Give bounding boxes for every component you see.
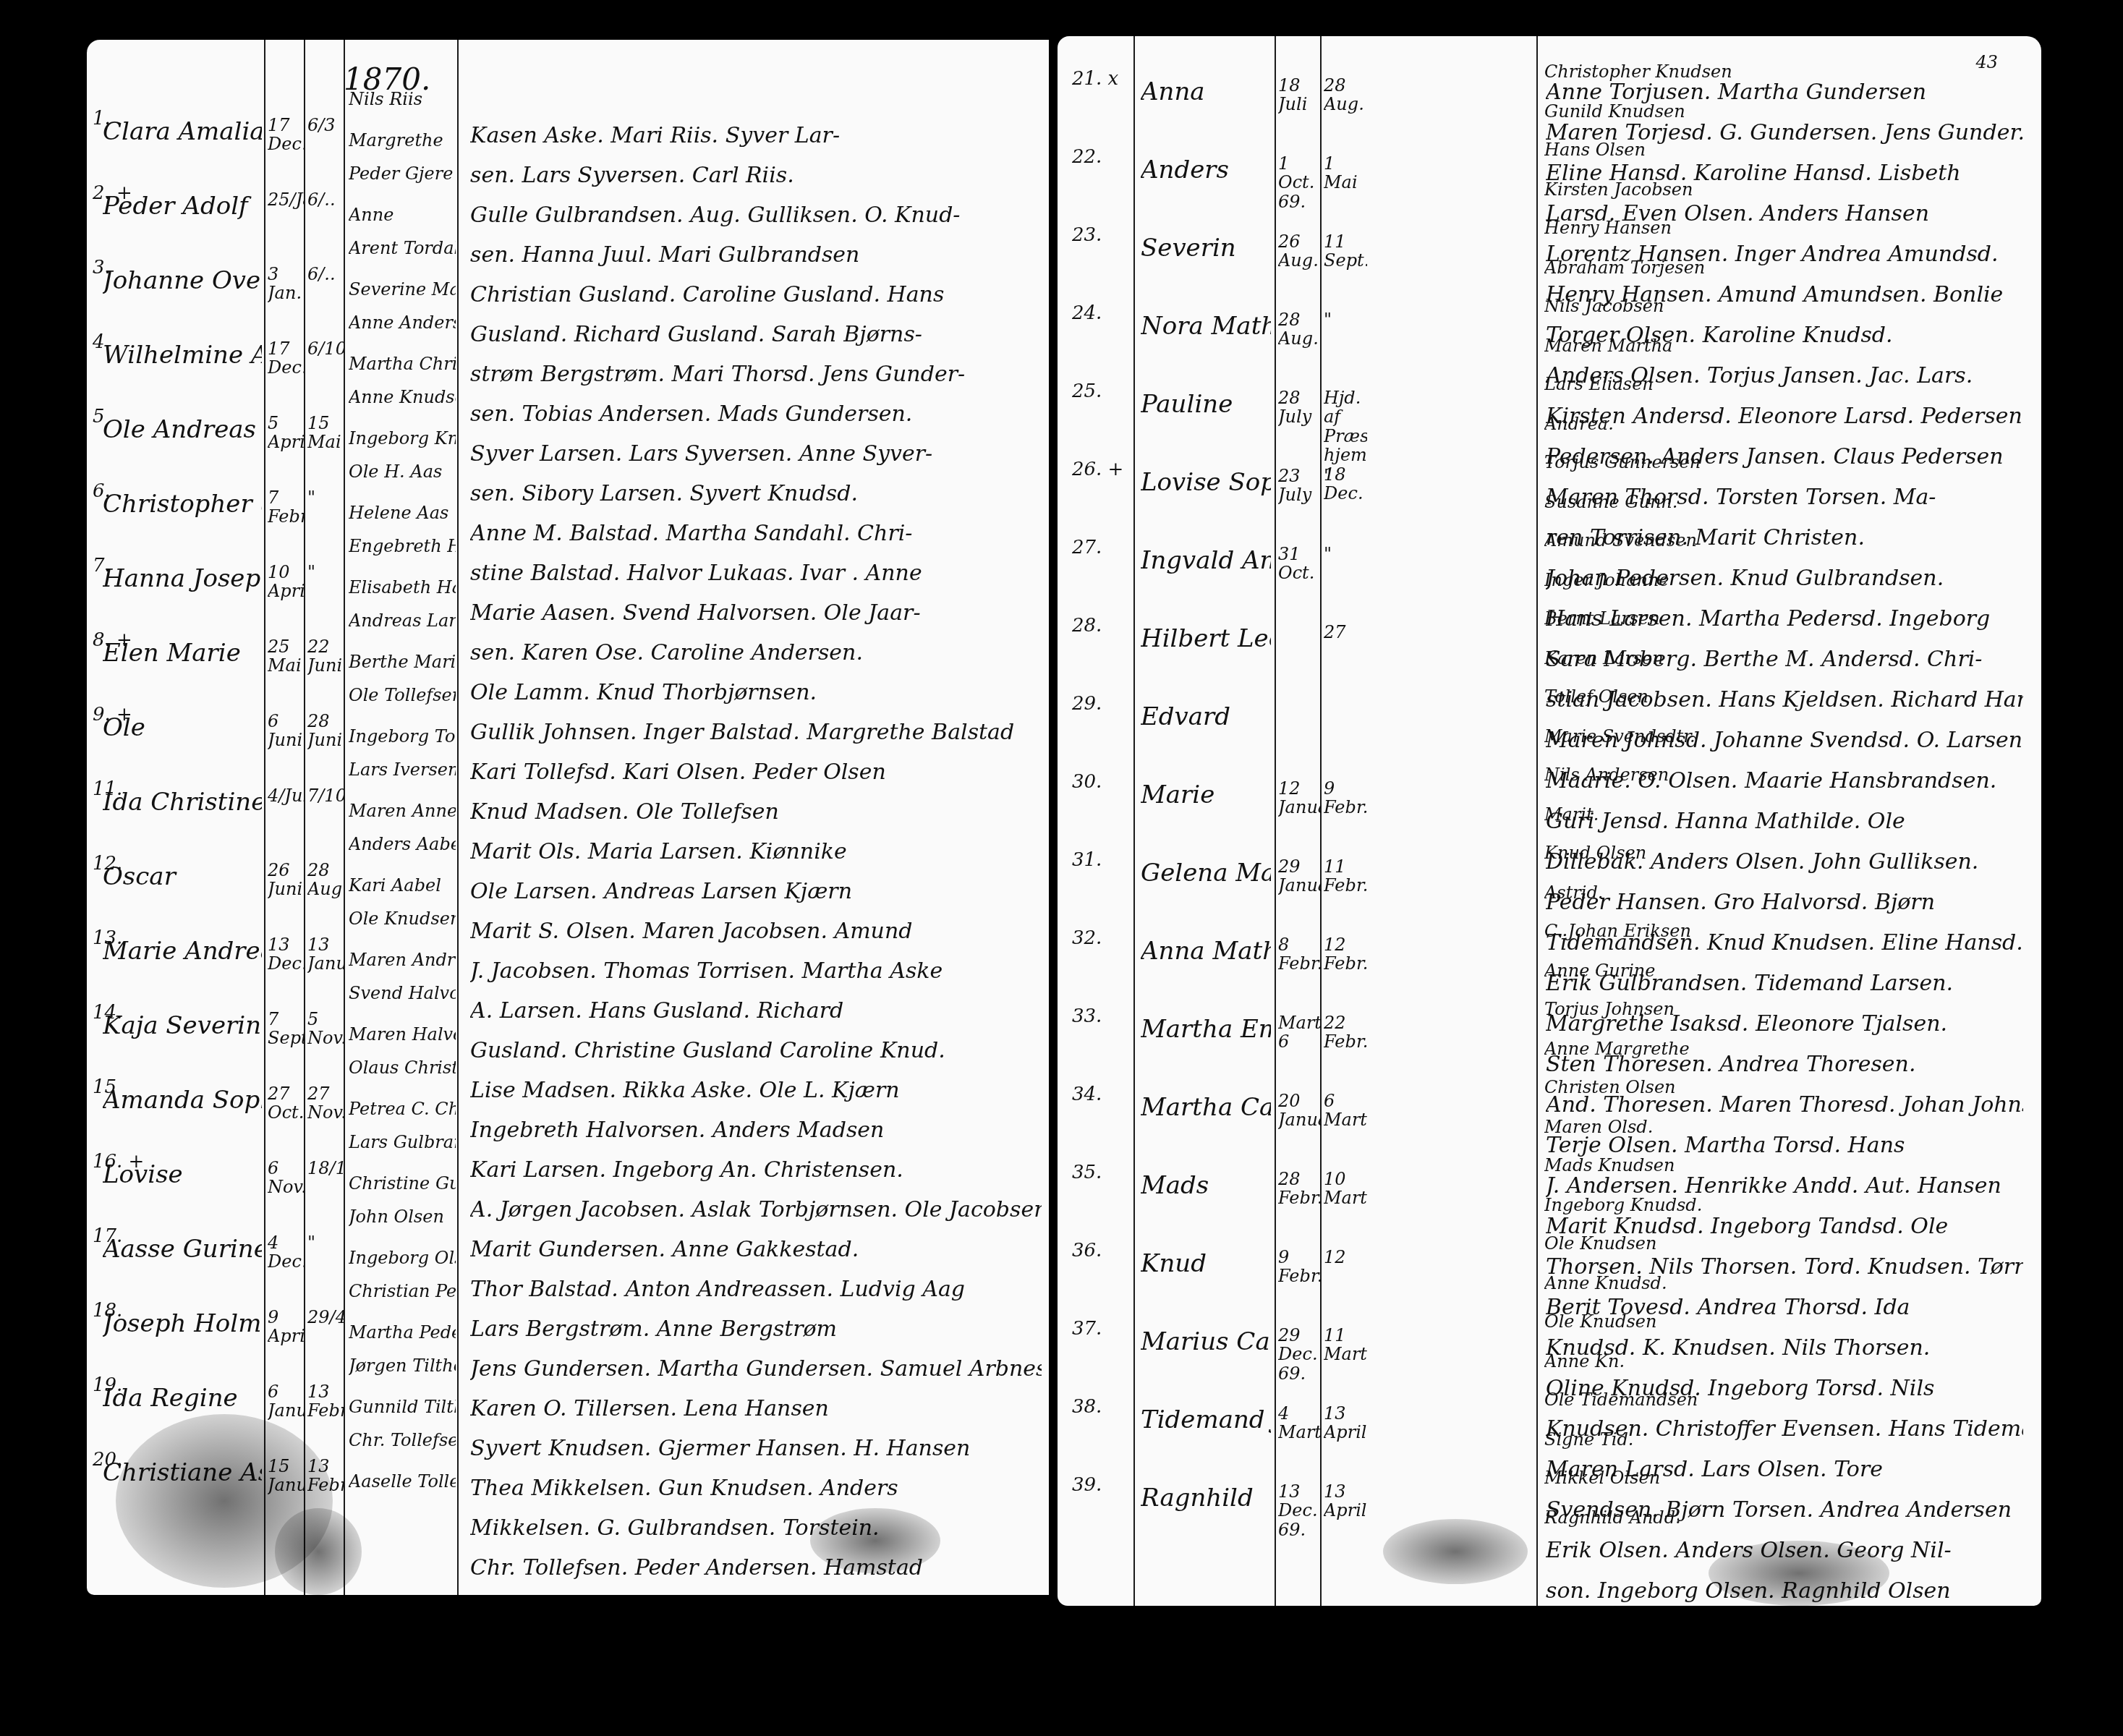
- baptism-date: 6 Marts: [1324, 1092, 1367, 1130]
- baptism-date: 28 Aug.: [307, 861, 344, 899]
- baptism-date: ": [307, 488, 344, 507]
- child-name: Oscar: [103, 864, 262, 890]
- father-name: Christopher Knudsen: [1544, 61, 1754, 82]
- sponsor-line: Marit Knudsd. Ingeborg Tandsd. Ole: [1546, 1214, 2023, 1239]
- sponsor-line: ren Torrisen. Marit Christen.: [1546, 525, 2023, 550]
- sponsor-line: stian Jacobsen. Hans Kjeldsen. Richard H…: [1546, 687, 2023, 712]
- sponsor-line: Peder Hansen. Gro Halvorsd. Bjørn: [1546, 890, 2023, 915]
- birth-date: 29 Januar: [1278, 857, 1322, 895]
- sponsor-line: Kari Larsen. Ingeborg An. Christensen.: [470, 1157, 1042, 1183]
- father-name: Nils Riis: [349, 90, 456, 109]
- baptism-date: 11 Marts: [1324, 1326, 1367, 1364]
- birth-date: 27 Oct.: [268, 1084, 304, 1123]
- child-name: Nora Mathilde: [1141, 313, 1271, 340]
- father-name: Jørgen Tilthon: [349, 1356, 456, 1375]
- baptism-date: 27 Nov.: [307, 1084, 344, 1123]
- baptism-date: 18/12: [307, 1159, 344, 1178]
- child-name: Amanda Sophie: [103, 1087, 262, 1114]
- child-name: Johanne Oversine: [103, 268, 262, 294]
- entry-number: 32.: [1072, 928, 1102, 949]
- child-name: Ole: [103, 715, 262, 741]
- sponsor-line: Marie Aasen. Svend Halvorsen. Ole Jaar-: [470, 600, 1042, 626]
- mother-name: Ingeborg Olsen: [349, 1248, 456, 1267]
- father-name: Ole H. Aas: [349, 462, 456, 481]
- mother-name: Margrethe: [349, 131, 456, 150]
- child-name: Aasse Gurine: [103, 1236, 262, 1263]
- sponsor-line: Syver Larsen. Lars Syversen. Anne Syver-: [470, 441, 1042, 467]
- entry-number: 29.: [1072, 694, 1102, 715]
- sponsor-line: Larsd. Even Olsen. Anders Hansen: [1546, 201, 2023, 226]
- entry-number: 24.: [1072, 303, 1102, 324]
- baptism-date: 22 Febr.: [1324, 1013, 1367, 1052]
- father-name: John Olsen: [349, 1207, 456, 1226]
- sponsor-line: Mikkelsen. G. Gulbrandsen. Torstein.: [470, 1515, 1042, 1541]
- mother-name: Kari Aabel: [349, 876, 456, 895]
- left-page: 1870. 1.Clara Amalia17 Dec.6/3Nils RiisM…: [87, 40, 1049, 1595]
- child-name: Marie Andrea: [103, 938, 262, 965]
- sponsor-line: Maren Johnsd. Johanne Svendsd. O. Larsen: [1546, 728, 2023, 753]
- sponsor-line: Kari Tollefsd. Kari Olsen. Peder Olsen: [470, 759, 1042, 785]
- sponsor-line: Thea Mikkelsen. Gun Knudsen. Anders: [470, 1476, 1042, 1501]
- birth-date: 10 April: [268, 563, 304, 601]
- father-name: Christian Pedersen: [349, 1282, 456, 1301]
- entry-number: 30.: [1072, 772, 1102, 793]
- baptism-date: 13 Januar: [307, 935, 344, 974]
- birth-date: 28 July: [1278, 388, 1322, 427]
- sponsor-line: Kirsten Andersd. Eleonore Larsd. Pederse…: [1546, 404, 2023, 429]
- baptism-date: ": [1324, 545, 1367, 563]
- birth-date: 3 Jan.: [268, 265, 304, 303]
- baptism-date: 12: [1324, 1248, 1367, 1267]
- baptism-date: 28 Aug.: [1324, 76, 1367, 114]
- sponsor-line: Henry Hansen. Amund Amundsen. Bonlie: [1546, 282, 2023, 307]
- sponsor-line: Sten Thoresen. Andrea Thoresen.: [1546, 1052, 2023, 1077]
- sponsor-line: Guri Jensd. Hanna Mathilde. Ole: [1546, 809, 2023, 834]
- child-name: Severin: [1141, 235, 1271, 262]
- mother-name: Aaselle Tollefsen: [349, 1472, 456, 1491]
- sponsor-line: Anne M. Balstad. Martha Sandahl. Chri-: [470, 521, 1042, 546]
- entry-number: 39.: [1072, 1475, 1102, 1496]
- child-name: Lovise: [103, 1162, 262, 1188]
- sponsor-line: Terje Olsen. Martha Torsd. Hans: [1546, 1133, 2023, 1158]
- mother-name: Berthe Marie: [349, 652, 456, 671]
- mother-name: Maren Halvorsen: [349, 1025, 456, 1044]
- sponsor-line: Syvert Knudsen. Gjermer Hansen. H. Hanse…: [470, 1436, 1042, 1461]
- mother-name: Gunnild Tilthon: [349, 1397, 456, 1416]
- birth-date: 6 Januar: [268, 1382, 304, 1421]
- child-name: Marie: [1141, 782, 1271, 809]
- child-name: Anna: [1141, 79, 1271, 106]
- stain: [1709, 1541, 1889, 1606]
- sponsor-line: stine Balstad. Halvor Lukaas. Ivar . Ann…: [470, 561, 1042, 586]
- birth-date: 4 Dec.: [268, 1233, 304, 1272]
- baptism-date: 10 Marts: [1324, 1170, 1367, 1208]
- sponsor-line: Lars Bergstrøm. Anne Bergstrøm: [470, 1316, 1042, 1342]
- sponsor-line: Ole Lamm. Knud Thorbjørnsen.: [470, 680, 1042, 705]
- child-name: Anders: [1141, 157, 1271, 184]
- sponsor-line: Knud Madsen. Ole Tollefsen: [470, 799, 1042, 825]
- child-name: Ole Andreas: [103, 417, 262, 443]
- child-name: Elen Marie: [103, 640, 262, 667]
- birth-date: 31 Oct.: [1278, 545, 1322, 583]
- child-name: Peder Adolf: [103, 193, 262, 220]
- sponsor-line: Kasen Aske. Mari Riis. Syver Lar-: [470, 123, 1042, 148]
- birth-date: 13 Dec. 69.: [1278, 1482, 1322, 1539]
- child-name: Mads: [1141, 1173, 1271, 1199]
- baptism-date: 22 Juni: [307, 637, 344, 676]
- baptism-date: 6/..: [307, 190, 344, 209]
- sponsor-line: sen. Sibory Larsen. Syvert Knudsd.: [470, 481, 1042, 506]
- child-name: Ida Christine: [103, 789, 262, 816]
- entry-number: 31.: [1072, 850, 1102, 871]
- birth-date: 17 Dec.: [268, 339, 304, 378]
- sponsor-line: Dillebak. Anders Olsen. John Gulliksen.: [1546, 849, 2023, 875]
- birth-date: Marts 6: [1278, 1013, 1322, 1052]
- mother-name: Maren Anne: [349, 801, 456, 820]
- child-name: Ragnhild: [1141, 1485, 1271, 1512]
- sponsor-line: Maarie. O. Olsen. Maarie Hansbrandsen.: [1546, 768, 2023, 793]
- mother-name: Maren Andrea: [349, 950, 456, 969]
- child-name: Ingvald Andreas: [1141, 548, 1271, 574]
- sponsor-line: Thorsen. Nils Thorsen. Tord. Knudsen. Tø…: [1546, 1254, 2023, 1280]
- father-name: Mads Knudsen: [1544, 1155, 1754, 1175]
- sponsor-line: Thor Balstad. Anton Andreassen. Ludvig A…: [470, 1277, 1042, 1302]
- mother-name: Christine Gulbrandsen: [349, 1174, 456, 1193]
- baptism-date: 5 Nov.: [307, 1010, 344, 1048]
- sponsor-line: strøm Bergstrøm. Mari Thorsd. Jens Gunde…: [470, 362, 1042, 387]
- sponsor-line: Ole Larsen. Andreas Larsen Kjærn: [470, 879, 1042, 904]
- sponsor-line: Maren Larsd. Lars Olsen. Tore: [1546, 1457, 2023, 1482]
- child-name: Marius Carsten: [1141, 1329, 1271, 1356]
- sponsor-line: Erik Gulbrandsen. Tidemand Larsen.: [1546, 971, 2023, 996]
- sponsor-line: Hans Larsen. Martha Pedersd. Ingeborg: [1546, 606, 2023, 631]
- birth-date: 5 April: [268, 414, 304, 452]
- baptism-date: 13 April: [1324, 1404, 1367, 1442]
- child-name: Clara Amalia: [103, 119, 262, 145]
- baptism-date: 28 Juni: [307, 712, 344, 750]
- mother-name: Ingeborg Knudsen: [349, 429, 456, 448]
- sponsor-line: Knudsen. Christoffer Evensen. Hans Tidem…: [1546, 1416, 2023, 1442]
- baptism-date: 1 Mai: [1324, 154, 1367, 192]
- sponsor-line: Svendsen. Bjørn Torsen. Andrea Andersen: [1546, 1497, 2023, 1523]
- sponsor-line: Anne Torjusen. Martha Gundersen: [1546, 80, 2023, 105]
- sponsor-line: Chr. Tollefsen. Peder Andersen. Hamstad: [470, 1555, 1042, 1580]
- baptism-date: 15 Mai: [307, 414, 344, 452]
- child-name: Tidemand Julius: [1141, 1407, 1271, 1434]
- baptism-date: 11 Febr.: [1324, 857, 1367, 895]
- birth-date: 17 Dec.: [268, 116, 304, 154]
- entry-number: 33.: [1072, 1006, 1102, 1027]
- entry-number: 23.: [1072, 225, 1102, 246]
- baptism-date: 11 Sept.: [1324, 232, 1367, 271]
- sponsor-line: Eline Hansd. Karoline Hansd. Lisbeth: [1546, 161, 2023, 186]
- baptism-date: ": [1324, 467, 1367, 485]
- father-name: Lars Gulbrandsen: [349, 1133, 456, 1152]
- sponsor-line: Marit Ols. Maria Larsen. Kiønnike: [470, 839, 1042, 864]
- father-name: Svend Halvorsen: [349, 984, 456, 1003]
- sponsor-line: Knudsd. K. Knudsen. Nils Thorsen.: [1546, 1335, 2023, 1361]
- sponsor-line: Gusland. Richard Gusland. Sarah Bjørns-: [470, 322, 1042, 347]
- entry-number: 38.: [1072, 1397, 1102, 1418]
- mother-name: Anne: [349, 205, 456, 224]
- child-name: Joseph Holm: [103, 1311, 262, 1337]
- sponsor-line: Ingebreth Halvorsen. Anders Madsen: [470, 1118, 1042, 1143]
- father-name: Ole Tollefsen: [349, 686, 456, 705]
- birth-date: 9 April: [268, 1308, 304, 1346]
- child-name: Pauline: [1141, 391, 1271, 418]
- father-name: Lars Iversen: [349, 760, 456, 779]
- father-name: Ole Knudsen: [349, 909, 456, 928]
- stain: [275, 1508, 362, 1595]
- entry-number: 35.: [1072, 1162, 1102, 1183]
- child-name: Martha Caroline: [1141, 1094, 1271, 1121]
- birth-date: 25/Jan.: [268, 190, 304, 209]
- child-name: Edvard: [1141, 704, 1271, 731]
- sponsor-line: Sara Moberg. Berthe M. Andersd. Chri-: [1546, 647, 2023, 672]
- child-name: Wilhelmine Augusta: [103, 342, 262, 369]
- baptism-date: 12 Febr.: [1324, 935, 1367, 974]
- father-name: Anne Andersen: [349, 313, 456, 332]
- baptism-date: 6/3: [307, 116, 344, 135]
- birth-date: 29 Dec. 69.: [1278, 1326, 1322, 1383]
- sponsor-line: Marit S. Olsen. Maren Jacobsen. Amund: [470, 919, 1042, 944]
- child-name: Hilbert Leonard: [1141, 626, 1271, 652]
- entry-number: 34.: [1072, 1084, 1102, 1105]
- child-name: Martha Emilie: [1141, 1016, 1271, 1043]
- sponsor-line: Berit Tovesd. Andrea Thorsd. Ida: [1546, 1295, 2023, 1320]
- sponsor-line: A. Jørgen Jacobsen. Aslak Torbjørnsen. O…: [470, 1197, 1042, 1222]
- father-name: Engebreth Halvorsen: [349, 537, 456, 556]
- sponsor-line: Karen O. Tillersen. Lena Hansen: [470, 1396, 1042, 1421]
- sponsor-line: J. Andersen. Henrikke Andd. Aut. Hansen: [1546, 1173, 2023, 1199]
- birth-date: 6 Nov.: [268, 1159, 304, 1197]
- sponsor-line: J. Jacobsen. Thomas Torrisen. Martha Ask…: [470, 958, 1042, 984]
- mother-name: Martha Pedersen: [349, 1323, 456, 1342]
- entry-number: 25.: [1072, 381, 1102, 402]
- birth-date: 26 Juni: [268, 861, 304, 899]
- baptism-date: 6/..: [307, 265, 344, 284]
- sponsor-line: sen. Tobias Andersen. Mads Gundersen.: [470, 401, 1042, 427]
- mother-name: Severine Marianne: [349, 280, 456, 299]
- stain: [810, 1508, 940, 1573]
- mother-name: Helene Aas: [349, 503, 456, 522]
- birth-date: 8 Febr.: [1278, 935, 1322, 974]
- baptism-date: 13 Febr.: [307, 1382, 344, 1421]
- father-name: Peder Gjere: [349, 164, 456, 183]
- father-name: Arent Tordalen: [349, 239, 456, 258]
- child-name: Lovise Sophie: [1141, 469, 1271, 496]
- entry-number: 36.: [1072, 1241, 1102, 1261]
- entry-number: 28.: [1072, 616, 1102, 637]
- birth-date: 6 Juni: [268, 712, 304, 750]
- child-name: Hanna Josephine: [103, 566, 262, 592]
- entry-number: 37.: [1072, 1319, 1102, 1340]
- sponsor-line: Pedersen. Anders Jansen. Claus Pedersen: [1546, 444, 2023, 469]
- sponsor-line: Tidemandsen. Knud Knudsen. Eline Hansd.: [1546, 930, 2023, 956]
- sponsor-line: Oline Knudsd. Ingeborg Torsd. Nils: [1546, 1376, 2023, 1401]
- right-page: 43 21. xAnna18 Juli28 Aug.Christopher Kn…: [1058, 36, 2041, 1606]
- birth-date: 26 Aug.: [1278, 232, 1322, 271]
- father-name: Olaus Christensen: [349, 1058, 456, 1077]
- baptism-date: 7/10.: [307, 786, 344, 805]
- baptism-date: ": [307, 1233, 344, 1252]
- sponsor-line: Gusland. Christine Gusland Caroline Knud…: [470, 1038, 1042, 1063]
- entry-number: 22.: [1072, 147, 1102, 168]
- sponsor-line: Torger Olsen. Karoline Knudsd.: [1546, 323, 2023, 348]
- baptism-date: ": [1324, 310, 1367, 329]
- birth-date: 9 Febr.: [1278, 1248, 1322, 1286]
- father-name: Chr. Tollefsen: [349, 1431, 456, 1450]
- birth-date: 4/July: [268, 786, 304, 805]
- sponsor-line: Margrethe Isaksd. Eleonore Tjalsen.: [1546, 1011, 2023, 1037]
- mother-name: Martha Christine: [349, 354, 456, 373]
- entry-number: 26. +: [1072, 459, 1123, 480]
- birth-date: 28 Aug.: [1278, 310, 1322, 349]
- birth-date: 20 Januar: [1278, 1092, 1322, 1130]
- birth-date: 23 July: [1278, 467, 1322, 505]
- baptism-date: 29/4: [307, 1308, 344, 1327]
- father-name: Anders Aabel: [349, 835, 456, 854]
- sponsor-line: Gulle Gulbrandsen. Aug. Gulliksen. O. Kn…: [470, 203, 1042, 228]
- sponsor-line: Marit Gundersen. Anne Gakkestad.: [470, 1237, 1042, 1262]
- birth-date: 13 Dec.: [268, 935, 304, 974]
- baptism-date: 9 Febr.: [1324, 779, 1367, 817]
- sponsor-line: And. Thoresen. Maren Thoresd. Johan John…: [1546, 1092, 2023, 1118]
- entry-number: 27.: [1072, 537, 1102, 558]
- sponsor-line: Johan Pedersen. Knud Gulbrandsen.: [1546, 566, 2023, 591]
- birth-date: 1 Oct. 69.: [1278, 154, 1322, 211]
- child-name: Kaja Severine: [103, 1013, 262, 1039]
- baptism-date: ": [307, 563, 344, 582]
- baptism-date: 27: [1324, 623, 1367, 642]
- birth-date: 28 Febr.: [1278, 1170, 1322, 1208]
- mother-name: Ingeborg Tollefsen: [349, 727, 456, 746]
- father-name: Andreas Larsen: [349, 611, 456, 630]
- sponsor-line: sen. Hanna Juul. Mari Gulbrandsen: [470, 242, 1042, 268]
- sponsor-line: A. Larsen. Hans Gusland. Richard: [470, 998, 1042, 1024]
- sponsor-line: Jens Gundersen. Martha Gundersen. Samuel…: [470, 1356, 1042, 1382]
- sponsor-line: Lorentz Hansen. Inger Andrea Amundsd.: [1546, 242, 2023, 267]
- child-name: Gelena Marie: [1141, 860, 1271, 887]
- baptism-date: 13 April: [1324, 1482, 1367, 1520]
- child-name: Knud: [1141, 1251, 1271, 1277]
- birth-date: 7 Febr.: [268, 488, 304, 527]
- sponsor-line: Maren Thorsd. Torsten Torsen. Ma-: [1546, 485, 2023, 510]
- entry-number: 21. x: [1072, 69, 1118, 90]
- mother-name: Elisabeth Halvorsen: [349, 578, 456, 597]
- child-name: Anna Mathilde: [1141, 938, 1271, 965]
- birth-date: 7 Sept.: [268, 1010, 304, 1048]
- sponsor-line: Christian Gusland. Caroline Gusland. Han…: [470, 282, 1042, 307]
- sponsor-line: sen. Karen Ose. Caroline Andersen.: [470, 640, 1042, 665]
- child-name: Ida Regine: [103, 1385, 262, 1412]
- stain: [1383, 1519, 1528, 1584]
- sponsor-line: Maren Torjesd. G. Gundersen. Jens Gunder…: [1546, 120, 2023, 145]
- sponsor-line: Lise Madsen. Rikka Aske. Ole L. Kjærn: [470, 1078, 1042, 1103]
- birth-date: 12 Januar: [1278, 779, 1322, 817]
- birth-date: 25 Mai: [268, 637, 304, 676]
- sponsor-line: Gullik Johnsen. Inger Balstad. Margrethe…: [470, 720, 1042, 745]
- sponsor-line: Anders Olsen. Torjus Jansen. Jac. Lars.: [1546, 363, 2023, 388]
- sponsor-line: sen. Lars Syversen. Carl Riis.: [470, 163, 1042, 188]
- baptism-date: 6/10: [307, 339, 344, 358]
- birth-date: 18 Juli: [1278, 76, 1322, 114]
- mother-name: Petrea C. Christensen: [349, 1099, 456, 1118]
- birth-date: 4 Marts: [1278, 1404, 1322, 1442]
- child-name: Christopher (Dy. af Præsten): [103, 491, 262, 518]
- father-name: Anne Knudsen: [349, 388, 456, 407]
